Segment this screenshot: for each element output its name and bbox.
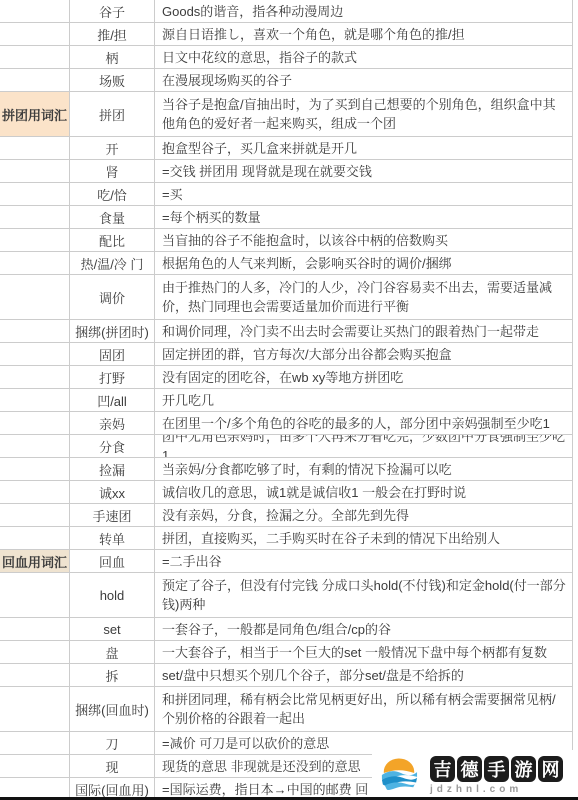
table-row: 回血用词汇回血=二手出谷 xyxy=(0,550,573,573)
definition-text: 在团里一个/多个角色的谷吃的最多的人，部分团中亲妈强制至少吃1 xyxy=(162,414,550,433)
table-row: 配比当盲抽的谷子不能抱盒时，以该谷中柄的倍数购买 xyxy=(0,229,573,252)
table-row: 拼团用词汇拼团当谷子是抱盒/盲抽出时，为了买到自己想要的个别角色，组织盒中其他角… xyxy=(0,92,573,137)
term-cell: 吃/恰 xyxy=(70,183,155,206)
definition-cell: =买 xyxy=(155,183,573,206)
term-cell: 热/温/冷 门 xyxy=(70,252,155,275)
definition-text: 团中无角色亲妈时，由多个人再来分着吃完，少数团中分食强制至少吃1 xyxy=(162,435,568,458)
term-cell: 凹/all xyxy=(70,389,155,412)
category-cell: 回血用词汇 xyxy=(0,550,70,573)
definition-text: 和拼团同理，稀有柄会比常见柄更好出，所以稀有柄会需要捆常见柄/个别价格的谷跟着一… xyxy=(162,690,568,728)
category-cell xyxy=(0,160,70,183)
definition-cell: 根据角色的人气来判断，会影响买谷时的调价/捆绑 xyxy=(155,252,573,275)
table-row: 调价由于推热门的人多，冷门的人少，冷门谷容易卖不出去，需要适量减价，热门同理也会… xyxy=(0,275,573,320)
definition-text: =国际运费，指日本→中国的邮费 回 xyxy=(162,780,368,799)
category-cell xyxy=(0,504,70,527)
table-row: 捆绑(回血时)和拼团同理，稀有柄会比常见柄更好出，所以稀有柄会需要捆常见柄/个别… xyxy=(0,687,573,732)
category-cell xyxy=(0,481,70,504)
table-row: 手速团没有亲妈，分食，捡漏之分。全部先到先得 xyxy=(0,504,573,527)
definition-cell: 没有固定的团吃谷，在wb xy等地方拼团吃 xyxy=(155,366,573,389)
definition-text: 当谷子是抱盒/盲抽出时，为了买到自己想要的个别角色，组织盒中其他角色的爱好者一起… xyxy=(162,95,568,133)
definition-text: Goods的谐音，指各种动漫周边 xyxy=(162,2,343,21)
watermark-site-char: 游 xyxy=(511,756,536,782)
definition-text: 日文中花纹的意思，指谷子的款式 xyxy=(162,48,357,67)
term-cell: 调价 xyxy=(70,275,155,320)
category-cell xyxy=(0,618,70,641)
table-row: 谷子Goods的谐音，指各种动漫周边 xyxy=(0,0,573,23)
term-cell: 拆 xyxy=(70,664,155,687)
definition-cell: 拼团，直接购买，二手购买时在谷子未到的情况下出给别人 xyxy=(155,527,573,550)
table-row: 转单拼团，直接购买，二手购买时在谷子未到的情况下出给别人 xyxy=(0,527,573,550)
watermark-site-char: 手 xyxy=(484,756,509,782)
glossary-table: 谷子Goods的谐音，指各种动漫周边推/担源自日语推し，喜欢一个角色，就是哪个角… xyxy=(0,0,578,800)
sun-waves-logo-icon xyxy=(380,754,418,794)
category-cell xyxy=(0,46,70,69)
definition-text: 现货的意思 非现就是还没到的意思 xyxy=(162,757,361,776)
table-row: 打野没有固定的团吃谷，在wb xy等地方拼团吃 xyxy=(0,366,573,389)
definition-cell: 团中无角色亲妈时，由多个人再来分着吃完，少数团中分食强制至少吃1 xyxy=(155,435,573,458)
definition-text: =买 xyxy=(162,185,183,204)
category-cell xyxy=(0,206,70,229)
definition-text: 预定了谷子，但没有付完钱 分成口头hold(不付钱)和定金hold(付一部分钱)… xyxy=(162,576,568,614)
category-cell xyxy=(0,320,70,343)
term-cell: 亲妈 xyxy=(70,412,155,435)
table-row: 食量=每个柄买的数量 xyxy=(0,206,573,229)
table-row: set一套谷子，一般都是同角色/组合/cp的谷 xyxy=(0,618,573,641)
definition-text: 和调价同理，冷门卖不出去时会需要让买热门的跟着热门一起带走 xyxy=(162,322,539,341)
watermark-site-char: 网 xyxy=(538,756,563,782)
term-cell: 现 xyxy=(70,755,155,778)
category-cell xyxy=(0,573,70,618)
table-row: 开抱盒型谷子，买几盒来拼就是开几 xyxy=(0,137,573,160)
definition-text: 没有亲妈，分食，捡漏之分。全部先到先得 xyxy=(162,506,409,525)
definition-text: 源自日语推し，喜欢一个角色，就是哪个角色的推/担 xyxy=(162,25,465,44)
category-cell xyxy=(0,687,70,732)
term-cell: 谷子 xyxy=(70,0,155,23)
definition-cell: 固定拼团的群，官方每次/大部分出谷都会购买抱盒 xyxy=(155,343,573,366)
table-row: hold预定了谷子，但没有付完钱 分成口头hold(不付钱)和定金hold(付一… xyxy=(0,573,573,618)
table-row: 盘一大套谷子，相当于一个巨大的set 一般情况下盘中每个柄都有复数 xyxy=(0,641,573,664)
definition-cell: 由于推热门的人多，冷门的人少，冷门谷容易卖不出去，需要适量减价，热门同理也会需要… xyxy=(155,275,573,320)
term-cell: hold xyxy=(70,573,155,618)
definition-text: 当盲抽的谷子不能抱盒时，以该谷中柄的倍数购买 xyxy=(162,231,448,250)
category-cell xyxy=(0,641,70,664)
definition-text: 当亲妈/分食都吃够了时，有剩的情况下捡漏可以吃 xyxy=(162,460,452,479)
term-cell: 打野 xyxy=(70,366,155,389)
definition-text: =每个柄买的数量 xyxy=(162,208,261,227)
category-cell xyxy=(0,23,70,46)
table-row: 分食团中无角色亲妈时，由多个人再来分着吃完，少数团中分食强制至少吃1 xyxy=(0,435,573,458)
term-cell: 场贩 xyxy=(70,69,155,92)
table-row: 柄日文中花纹的意思，指谷子的款式 xyxy=(0,46,573,69)
definition-cell: 在漫展现场购买的谷子 xyxy=(155,69,573,92)
table-row: 肾=交钱 拼团用 现肾就是现在就要交钱 xyxy=(0,160,573,183)
definition-cell: 和拼团同理，稀有柄会比常见柄更好出，所以稀有柄会需要捆常见柄/个别价格的谷跟着一… xyxy=(155,687,573,732)
definition-cell: 在团里一个/多个角色的谷吃的最多的人，部分团中亲妈强制至少吃1 xyxy=(155,412,573,435)
table-row: 诚xx诚信收几的意思，诚1就是诚信收1 一般会在打野时说 xyxy=(0,481,573,504)
definition-cell: 预定了谷子，但没有付完钱 分成口头hold(不付钱)和定金hold(付一部分钱)… xyxy=(155,573,573,618)
definition-cell: 当亲妈/分食都吃够了时，有剩的情况下捡漏可以吃 xyxy=(155,458,573,481)
category-cell xyxy=(0,732,70,755)
definition-cell: 抱盒型谷子，买几盒来拼就是开几 xyxy=(155,137,573,160)
definition-text: 诚信收几的意思，诚1就是诚信收1 一般会在打野时说 xyxy=(162,483,466,502)
definition-cell: =二手出谷 xyxy=(155,550,573,573)
category-cell: 拼团用词汇 xyxy=(0,92,70,137)
term-cell: 刀 xyxy=(70,732,155,755)
definition-cell: Goods的谐音，指各种动漫周边 xyxy=(155,0,573,23)
term-cell: 推/担 xyxy=(70,23,155,46)
definition-text: set/盘中只想买个别几个谷子，部分set/盘是不给拆的 xyxy=(162,666,464,685)
definition-cell: 一套谷子，一般都是同角色/组合/cp的谷 xyxy=(155,618,573,641)
table-row: 场贩在漫展现场购买的谷子 xyxy=(0,69,573,92)
category-cell xyxy=(0,229,70,252)
term-cell: 回血 xyxy=(70,550,155,573)
definition-cell: 和调价同理，冷门卖不出去时会需要让买热门的跟着热门一起带走 xyxy=(155,320,573,343)
category-cell xyxy=(0,664,70,687)
term-cell: 开 xyxy=(70,137,155,160)
table-row: 亲妈在团里一个/多个角色的谷吃的最多的人，部分团中亲妈强制至少吃1 xyxy=(0,412,573,435)
table-row: 捡漏当亲妈/分食都吃够了时，有剩的情况下捡漏可以吃 xyxy=(0,458,573,481)
term-cell: 分食 xyxy=(70,435,155,458)
category-cell xyxy=(0,0,70,23)
table-row: 固团固定拼团的群，官方每次/大部分出谷都会购买抱盒 xyxy=(0,343,573,366)
definition-cell: 源自日语推し，喜欢一个角色，就是哪个角色的推/担 xyxy=(155,23,573,46)
watermark-domain: jdzhnl.com xyxy=(430,784,563,795)
definition-text: 根据角色的人气来判断，会影响买谷时的调价/捆绑 xyxy=(162,254,452,273)
category-cell xyxy=(0,275,70,320)
definition-cell: 开几吃几 xyxy=(155,389,573,412)
definition-cell: set/盘中只想买个别几个谷子，部分set/盘是不给拆的 xyxy=(155,664,573,687)
definition-cell: 诚信收几的意思，诚1就是诚信收1 一般会在打野时说 xyxy=(155,481,573,504)
table-row: 吃/恰=买 xyxy=(0,183,573,206)
definition-text: 拼团，直接购买，二手购买时在谷子未到的情况下出给别人 xyxy=(162,529,500,548)
definition-cell: =每个柄买的数量 xyxy=(155,206,573,229)
definition-text: 一套谷子，一般都是同角色/组合/cp的谷 xyxy=(162,620,391,639)
category-cell xyxy=(0,389,70,412)
definition-text: 固定拼团的群，官方每次/大部分出谷都会购买抱盒 xyxy=(162,345,452,364)
watermark-site-char: 吉 xyxy=(430,756,455,782)
definition-text: =减价 可刀是可以砍价的意思 xyxy=(162,734,329,753)
term-cell: 捡漏 xyxy=(70,458,155,481)
definition-text: 开几吃几 xyxy=(162,391,214,410)
term-cell: 食量 xyxy=(70,206,155,229)
category-cell xyxy=(0,366,70,389)
term-cell: 诚xx xyxy=(70,481,155,504)
definition-cell: =交钱 拼团用 现肾就是现在就要交钱 xyxy=(155,160,573,183)
category-cell xyxy=(0,435,70,458)
term-cell: 拼团 xyxy=(70,92,155,137)
category-cell xyxy=(0,137,70,160)
category-cell xyxy=(0,183,70,206)
definition-text: 在漫展现场购买的谷子 xyxy=(162,71,292,90)
term-cell: 固团 xyxy=(70,343,155,366)
table-row: 推/担源自日语推し，喜欢一个角色，就是哪个角色的推/担 xyxy=(0,23,573,46)
term-cell: 捆绑(拼团时) xyxy=(70,320,155,343)
definition-text: 由于推热门的人多，冷门的人少，冷门谷容易卖不出去，需要适量减价，热门同理也会需要… xyxy=(162,278,568,316)
definition-text: =交钱 拼团用 现肾就是现在就要交钱 xyxy=(162,162,372,181)
table-body: 谷子Goods的谐音，指各种动漫周边推/担源自日语推し，喜欢一个角色，就是哪个角… xyxy=(0,0,573,800)
definition-cell: 当盲抽的谷子不能抱盒时，以该谷中柄的倍数购买 xyxy=(155,229,573,252)
table-row: 捆绑(拼团时)和调价同理，冷门卖不出去时会需要让买热门的跟着热门一起带走 xyxy=(0,320,573,343)
category-cell xyxy=(0,458,70,481)
category-cell xyxy=(0,343,70,366)
table-row: 热/温/冷 门根据角色的人气来判断，会影响买谷时的调价/捆绑 xyxy=(0,252,573,275)
category-cell xyxy=(0,527,70,550)
definition-cell: 一大套谷子，相当于一个巨大的set 一般情况下盘中每个柄都有复数 xyxy=(155,641,573,664)
term-cell: 肾 xyxy=(70,160,155,183)
definition-text: =二手出谷 xyxy=(162,552,222,571)
watermark-site-name: 吉德手游网 xyxy=(430,756,563,782)
term-cell: 柄 xyxy=(70,46,155,69)
term-cell: 手速团 xyxy=(70,504,155,527)
category-cell xyxy=(0,69,70,92)
watermark-site-char: 德 xyxy=(457,756,482,782)
definition-cell: 当谷子是抱盒/盲抽出时，为了买到自己想要的个别角色，组织盒中其他角色的爱好者一起… xyxy=(155,92,573,137)
definition-cell: 日文中花纹的意思，指谷子的款式 xyxy=(155,46,573,69)
category-cell xyxy=(0,412,70,435)
term-cell: 转单 xyxy=(70,527,155,550)
table-row: 凹/all开几吃几 xyxy=(0,389,573,412)
term-cell: 配比 xyxy=(70,229,155,252)
term-cell: set xyxy=(70,618,155,641)
definition-text: 没有固定的团吃谷，在wb xy等地方拼团吃 xyxy=(162,368,403,387)
category-cell xyxy=(0,252,70,275)
term-cell: 捆绑(回血时) xyxy=(70,687,155,732)
term-cell: 盘 xyxy=(70,641,155,664)
category-cell xyxy=(0,755,70,778)
definition-text: 一大套谷子，相当于一个巨大的set 一般情况下盘中每个柄都有复数 xyxy=(162,643,547,662)
definition-text: 抱盒型谷子，买几盒来拼就是开几 xyxy=(162,139,357,158)
table-row: 拆set/盘中只想买个别几个谷子，部分set/盘是不给拆的 xyxy=(0,664,573,687)
definition-cell: 没有亲妈，分食，捡漏之分。全部先到先得 xyxy=(155,504,573,527)
watermark: 吉德手游网 jdzhnl.com xyxy=(372,750,578,800)
